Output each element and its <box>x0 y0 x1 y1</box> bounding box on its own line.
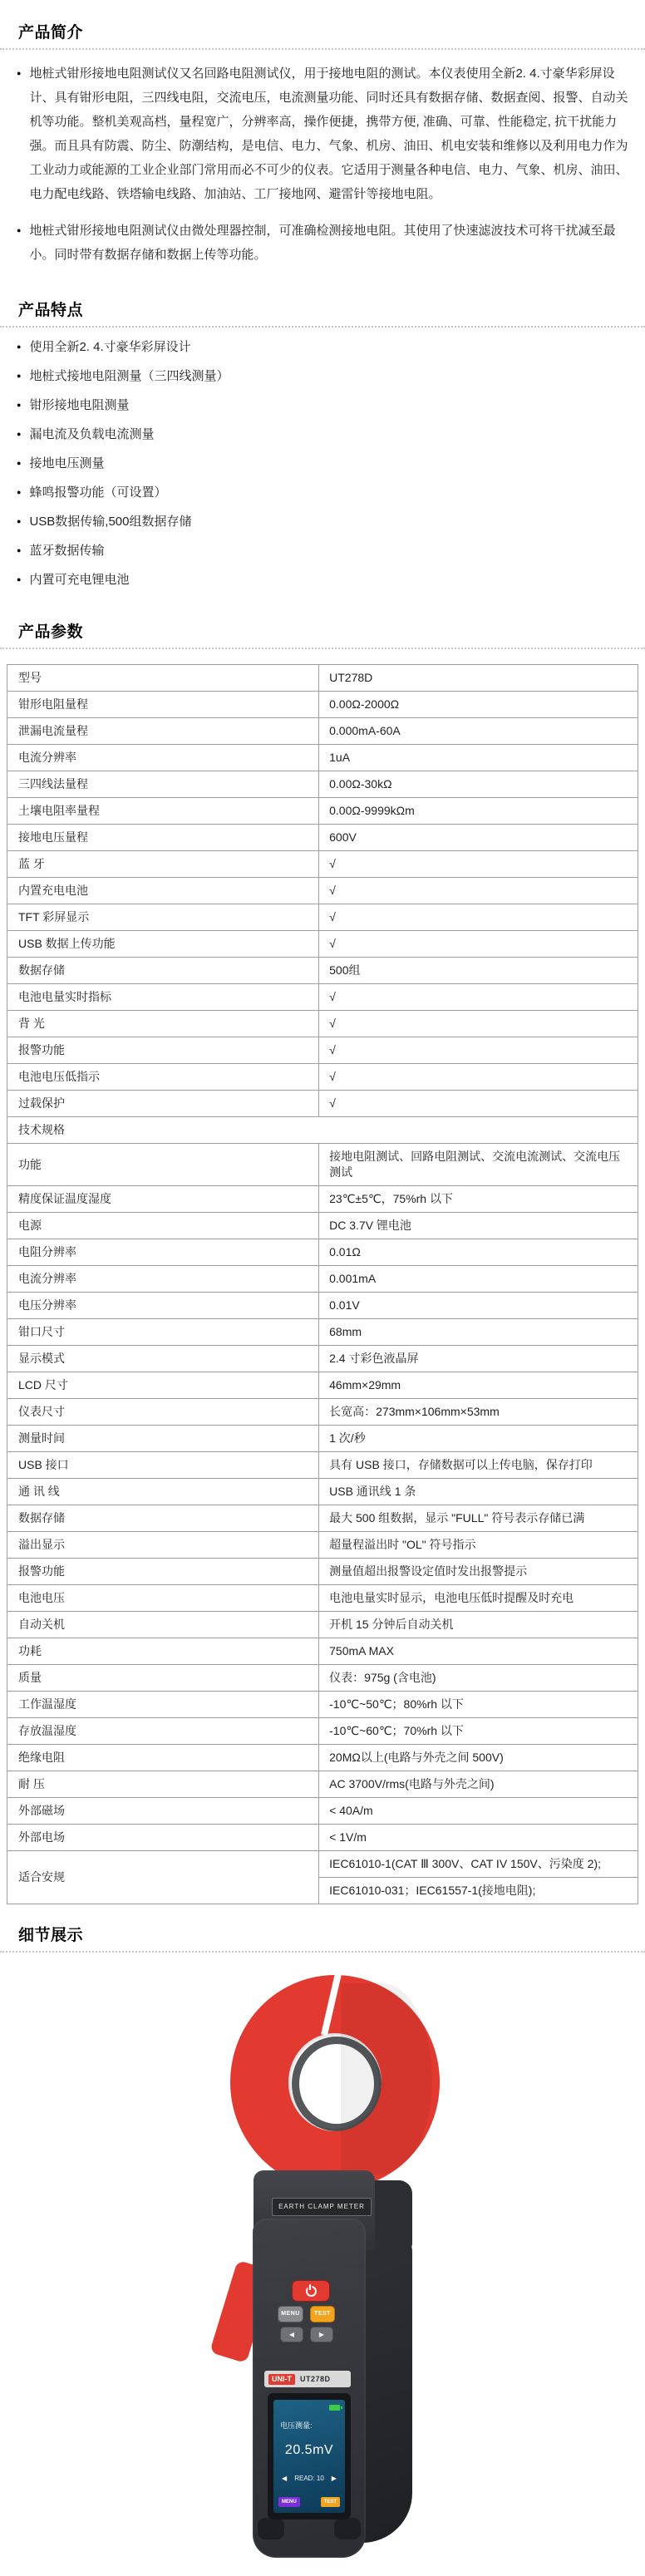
spec-label: 测量时间 <box>7 1426 319 1452</box>
table-row: 功能接地电阻测试、回路电阻测试、交流电流测试、交流电压测试 <box>7 1144 638 1186</box>
feature-item: ●接地电压测量 <box>17 456 630 471</box>
feature-item: ●USB数据传输,500组数据存储 <box>17 514 630 529</box>
spec-value: 1 次/秒 <box>319 1426 638 1452</box>
screen-mode-label: 电压测量: <box>280 2420 313 2431</box>
spec-value: -10℃~60℃；70%rh 以下 <box>319 1718 638 1745</box>
table-row: 数据存储最大 500 组数据，显示 "FULL" 符号表示存储已满 <box>7 1505 638 1532</box>
battery-icon <box>329 2405 340 2411</box>
table-row: 型号UT278D <box>7 665 638 692</box>
spec-value: IEC61010-031；IEC61557-1(接地电阻); <box>319 1878 638 1904</box>
model-label: UT278D <box>300 2375 331 2383</box>
screen-reading: 20.5mV <box>273 2443 345 2458</box>
bullet-icon: ● <box>17 426 21 442</box>
spec-value: √ <box>319 984 638 1011</box>
spec-label: 溢出显示 <box>7 1532 319 1559</box>
table-row: 外部磁场< 40A/m <box>7 1798 638 1825</box>
bullet-icon: ● <box>17 456 21 471</box>
spec-value: 23℃±5℃，75%rh 以下 <box>319 1186 638 1213</box>
spec-value: √ <box>319 1011 638 1037</box>
spec-label: 电源 <box>7 1213 319 1239</box>
device-plate-label: EARTH CLAMP METER <box>272 2198 372 2216</box>
table-row: USB 数据上传功能√ <box>7 931 638 958</box>
spec-table: 型号UT278D钳形电阻量程0.00Ω-2000Ω泄漏电流量程0.000mA-6… <box>7 664 638 1904</box>
table-row: 显示模式2.4 寸彩色液晶屏 <box>7 1346 638 1372</box>
spec-value: 0.00Ω-2000Ω <box>319 692 638 718</box>
spec-label: 质量 <box>7 1665 319 1692</box>
spec-label: USB 接口 <box>7 1452 319 1479</box>
device-foot-right <box>334 2518 361 2539</box>
spec-value: < 1V/m <box>319 1825 638 1851</box>
feature-item: ●蜂鸣报警功能（可设置） <box>17 485 630 500</box>
screen-menu-chip: MENU <box>278 2497 300 2507</box>
spec-label: 电流分辨率 <box>7 745 319 771</box>
table-row: 存放温湿度-10℃~60℃；70%rh 以下 <box>7 1718 638 1745</box>
spec-label: USB 数据上传功能 <box>7 931 319 958</box>
table-row: 通 讯 线USB 通讯线 1 条 <box>7 1479 638 1505</box>
spec-value: √ <box>319 1091 638 1117</box>
spec-value: 测量值超出报警设定值时发出报警提示 <box>319 1559 638 1585</box>
bullet-text: 地桩式钳形接地电阻测试仪又名回路电阻测试仪，用于接地电阻的测试。本仪表使用全新2… <box>29 62 630 206</box>
spec-label: 外部电场 <box>7 1825 319 1851</box>
section-features: 产品特点 ●使用全新2. 4.寸豪华彩屏设计●地桩式接地电阻测量（三四线测量）●… <box>0 279 645 588</box>
spec-value: √ <box>319 904 638 931</box>
spec-value: 具有 USB 接口，存储数据可以上传电脑，保存打印 <box>319 1452 638 1479</box>
spec-label: 绝缘电阻 <box>7 1745 319 1771</box>
table-row: 电流分辨率1uA <box>7 745 638 771</box>
intro-list: ●地桩式钳形接地电阻测试仪又名回路电阻测试仪，用于接地电阻的测试。本仪表使用全新… <box>0 62 645 267</box>
features-title: 产品特点 <box>0 279 645 326</box>
spec-value: AC 3700V/rms(电路与外壳之间) <box>319 1771 638 1798</box>
table-row: 自动关机开机 15 分钟后自动关机 <box>7 1612 638 1638</box>
bullet-text: 地桩式钳形接地电阻测试仪由微处理器控制，可准确检测接地电阻。其使用了快速滤波技术… <box>29 219 630 267</box>
spec-label: 工作温湿度 <box>7 1692 319 1718</box>
spec-value: DC 3.7V 锂电池 <box>319 1213 638 1239</box>
menu-button: MENU <box>278 2306 303 2322</box>
spec-value: 0.00Ω-30kΩ <box>319 771 638 798</box>
table-row: 内置充电电池√ <box>7 878 638 904</box>
feature-item: ●内置可充电锂电池 <box>17 572 630 588</box>
table-row: 外部电场< 1V/m <box>7 1825 638 1851</box>
spec-label: 电池电量实时指标 <box>7 984 319 1011</box>
bullet-text: 使用全新2. 4.寸豪华彩屏设计 <box>29 339 190 355</box>
table-row: 电池电量实时指标√ <box>7 984 638 1011</box>
intro-bullet: ●地桩式钳形接地电阻测试仪又名回路电阻测试仪，用于接地电阻的测试。本仪表使用全新… <box>17 62 630 206</box>
spec-label: 蓝 牙 <box>7 851 319 878</box>
spec-label: 功能 <box>7 1144 319 1186</box>
spec-label: 电流分辨率 <box>7 1266 319 1293</box>
section-details: 细节展示 EARTH CLAMP METER MENU TEST ◀ ▶ UNI… <box>0 1904 645 2576</box>
spec-label: 耐 压 <box>7 1771 319 1798</box>
table-row: 报警功能√ <box>7 1037 638 1064</box>
spec-label: LCD 尺寸 <box>7 1372 319 1399</box>
feature-item: ●漏电流及负载电流测量 <box>17 426 630 442</box>
table-row: USB 接口具有 USB 接口，存储数据可以上传电脑，保存打印 <box>7 1452 638 1479</box>
bullet-icon: ● <box>17 543 21 559</box>
table-row: LCD 尺寸46mm×29mm <box>7 1372 638 1399</box>
bullet-icon: ● <box>17 514 21 529</box>
spec-label: 电压分辨率 <box>7 1293 319 1319</box>
spec-label: 通 讯 线 <box>7 1479 319 1505</box>
bullet-icon: ● <box>17 62 21 86</box>
feature-item: ●钳形接地电阻测量 <box>17 397 630 413</box>
bullet-icon: ● <box>17 219 21 243</box>
spec-label: 内置充电电池 <box>7 878 319 904</box>
spec-value: 开机 15 分钟后自动关机 <box>319 1612 638 1638</box>
bullet-text: 蜂鸣报警功能（可设置） <box>29 485 166 500</box>
device-foot-left <box>258 2518 284 2539</box>
spec-label: 适合安规 <box>7 1851 319 1904</box>
spec-value: 600V <box>319 825 638 851</box>
dotted-divider <box>0 648 645 649</box>
table-row: 耐 压AC 3700V/rms(电路与外壳之间) <box>7 1771 638 1798</box>
screen-read-row: ◀ READ: 10 ▶ <box>273 2475 345 2482</box>
table-row: 仪表尺寸长宽高：273mm×106mm×53mm <box>7 1399 638 1426</box>
bullet-text: 蓝牙数据传输 <box>29 543 104 559</box>
spec-label: 电池电压低指示 <box>7 1064 319 1091</box>
spec-label: 电阻分辨率 <box>7 1239 319 1266</box>
spec-value: 0.00Ω-9999kΩm <box>319 798 638 825</box>
spec-label: 报警功能 <box>7 1037 319 1064</box>
intro-bullet: ●地桩式钳形接地电阻测试仪由微处理器控制，可准确检测接地电阻。其使用了快速滤波技… <box>17 219 630 267</box>
table-row: 技术规格 <box>7 1117 638 1144</box>
brand-logo: UNI-T <box>268 2374 295 2385</box>
table-row: 过载保护√ <box>7 1091 638 1117</box>
table-row: 钳口尺寸68mm <box>7 1319 638 1346</box>
table-row: 泄漏电流量程0.000mA-60A <box>7 718 638 745</box>
table-row: 工作温湿度-10℃~50℃；80%rh 以下 <box>7 1692 638 1718</box>
table-row: 三四线法量程0.00Ω-30kΩ <box>7 771 638 798</box>
product-page: 产品简介 ●地桩式钳形接地电阻测试仪又名回路电阻测试仪，用于接地电阻的测试。本仪… <box>0 0 645 2576</box>
spec-value: 500组 <box>319 958 638 984</box>
spec-value: √ <box>319 1064 638 1091</box>
spec-label: 土壤电阻率量程 <box>7 798 319 825</box>
spec-value: USB 通讯线 1 条 <box>319 1479 638 1505</box>
spec-label: 自动关机 <box>7 1612 319 1638</box>
bullet-text: 漏电流及负载电流测量 <box>29 426 154 442</box>
table-row: 接地电压量程600V <box>7 825 638 851</box>
table-row: 背 光√ <box>7 1011 638 1037</box>
table-row: 绝缘电阻20MΩ以上(电路与外壳之间 500V) <box>7 1745 638 1771</box>
spec-label: 精度保证温度湿度 <box>7 1186 319 1213</box>
spec-value: 最大 500 组数据，显示 "FULL" 符号表示存储已满 <box>319 1505 638 1532</box>
table-row: 适合安规IEC61010-1(CAT Ⅲ 300V、CAT IV 150V、污染… <box>7 1851 638 1878</box>
bullet-text: 接地电压测量 <box>29 456 104 471</box>
feature-item: ●地桩式接地电阻测量（三四线测量） <box>17 368 630 384</box>
product-photo: EARTH CLAMP METER MENU TEST ◀ ▶ UNI-T UT… <box>131 1971 514 2564</box>
screen-test-chip: TEST <box>321 2497 340 2507</box>
power-button <box>292 2280 330 2302</box>
spec-value: 0.01Ω <box>319 1239 638 1266</box>
spec-value: √ <box>319 851 638 878</box>
spec-label: 外部磁场 <box>7 1798 319 1825</box>
spec-label: 显示模式 <box>7 1346 319 1372</box>
spec-value: 46mm×29mm <box>319 1372 638 1399</box>
intro-title: 产品简介 <box>0 0 645 48</box>
table-row: 测量时间1 次/秒 <box>7 1426 638 1452</box>
spec-label: 型号 <box>7 665 319 692</box>
table-row: 蓝 牙√ <box>7 851 638 878</box>
test-button: TEST <box>310 2306 335 2322</box>
spec-value: < 40A/m <box>319 1798 638 1825</box>
device-screen: 电压测量: 20.5mV ◀ READ: 10 ▶ MENU TEST <box>273 2400 345 2513</box>
spec-label: TFT 彩屏显示 <box>7 904 319 931</box>
bottom-spacer <box>0 2564 645 2576</box>
dotted-divider <box>0 326 645 328</box>
table-row: 土壤电阻率量程0.00Ω-9999kΩm <box>7 798 638 825</box>
bullet-text: 内置可充电锂电池 <box>29 572 129 588</box>
feature-item: ●蓝牙数据传输 <box>17 543 630 559</box>
spec-label: 过载保护 <box>7 1091 319 1117</box>
bullet-icon: ● <box>17 339 21 355</box>
table-row: 溢出显示超量程溢出时 "OL" 符号指示 <box>7 1532 638 1559</box>
screen-read-label: READ: 10 <box>294 2475 324 2482</box>
table-row: 电池电压电池电量实时显示，电池电压低时提醒及时充电 <box>7 1585 638 1612</box>
spec-label: 报警功能 <box>7 1559 319 1585</box>
table-row: 质量仪表：975g (含电池) <box>7 1665 638 1692</box>
spec-value: IEC61010-1(CAT Ⅲ 300V、CAT IV 150V、污染度 2)… <box>319 1851 638 1878</box>
table-row: 数据存储500组 <box>7 958 638 984</box>
spec-value: √ <box>319 878 638 904</box>
spec-section-label: 技术规格 <box>7 1117 638 1144</box>
spec-label: 数据存储 <box>7 958 319 984</box>
power-icon <box>306 2286 317 2297</box>
spec-label: 背 光 <box>7 1011 319 1037</box>
spec-value: 0.01V <box>319 1293 638 1319</box>
dotted-divider <box>0 48 645 50</box>
spec-value: √ <box>319 1037 638 1064</box>
spec-label: 存放温湿度 <box>7 1718 319 1745</box>
brand-strip: UNI-T UT278D <box>264 2371 351 2387</box>
spec-label: 功耗 <box>7 1638 319 1665</box>
spec-value: 750mA MAX <box>319 1638 638 1665</box>
table-row: 电阻分辨率0.01Ω <box>7 1239 638 1266</box>
table-row: 报警功能测量值超出报警设定值时发出报警提示 <box>7 1559 638 1585</box>
spec-value: 1uA <box>319 745 638 771</box>
spec-label: 钳口尺寸 <box>7 1319 319 1346</box>
table-row: 钳形电阻量程0.00Ω-2000Ω <box>7 692 638 718</box>
right-arrow-button: ▶ <box>310 2327 333 2342</box>
spec-value: 长宽高：273mm×106mm×53mm <box>319 1399 638 1426</box>
bullet-text: 钳形接地电阻测量 <box>29 397 129 413</box>
dotted-divider <box>0 1951 645 1953</box>
spec-value: 0.000mA-60A <box>319 718 638 745</box>
spec-value: 电池电量实时显示，电池电压低时提醒及时充电 <box>319 1585 638 1612</box>
bullet-icon: ● <box>17 368 21 384</box>
section-intro: 产品简介 ●地桩式钳形接地电阻测试仪又名回路电阻测试仪，用于接地电阻的测试。本仪… <box>0 0 645 267</box>
screen-right-arrow-icon: ▶ <box>332 2475 337 2482</box>
details-title: 细节展示 <box>0 1904 645 1951</box>
spec-label: 仪表尺寸 <box>7 1399 319 1426</box>
features-list: ●使用全新2. 4.寸豪华彩屏设计●地桩式接地电阻测量（三四线测量）●钳形接地电… <box>0 339 645 588</box>
spec-label: 泄漏电流量程 <box>7 718 319 745</box>
bullet-icon: ● <box>17 485 21 500</box>
feature-item: ●使用全新2. 4.寸豪华彩屏设计 <box>17 339 630 355</box>
spec-value: 0.001mA <box>319 1266 638 1293</box>
spec-value: 超量程溢出时 "OL" 符号指示 <box>319 1532 638 1559</box>
spec-value: 仪表：975g (含电池) <box>319 1665 638 1692</box>
table-row: TFT 彩屏显示√ <box>7 904 638 931</box>
bullet-icon: ● <box>17 397 21 413</box>
table-row: 电池电压低指示√ <box>7 1064 638 1091</box>
spec-value: 20MΩ以上(电路与外壳之间 500V) <box>319 1745 638 1771</box>
spec-value: UT278D <box>319 665 638 692</box>
bullet-icon: ● <box>17 572 21 588</box>
screen-left-arrow-icon: ◀ <box>282 2475 287 2482</box>
params-title: 产品参数 <box>0 601 645 648</box>
section-params: 产品参数 型号UT278D钳形电阻量程0.00Ω-2000Ω泄漏电流量程0.00… <box>0 601 645 1904</box>
spec-value: -10℃~50℃；80%rh 以下 <box>319 1692 638 1718</box>
spec-label: 三四线法量程 <box>7 771 319 798</box>
spec-label: 钳形电阻量程 <box>7 692 319 718</box>
left-arrow-button: ◀ <box>280 2327 303 2342</box>
table-row: 电源DC 3.7V 锂电池 <box>7 1213 638 1239</box>
table-row: 电流分辨率0.001mA <box>7 1266 638 1293</box>
table-row: 功耗750mA MAX <box>7 1638 638 1665</box>
spec-label: 数据存储 <box>7 1505 319 1532</box>
spec-value: 2.4 寸彩色液晶屏 <box>319 1346 638 1372</box>
spec-label: 电池电压 <box>7 1585 319 1612</box>
spec-value: 接地电阻测试、回路电阻测试、交流电流测试、交流电压测试 <box>319 1144 638 1186</box>
spec-value: 68mm <box>319 1319 638 1346</box>
spec-value: √ <box>319 931 638 958</box>
table-row: 精度保证温度湿度23℃±5℃，75%rh 以下 <box>7 1186 638 1213</box>
table-row: 电压分辨率0.01V <box>7 1293 638 1319</box>
bullet-text: USB数据传输,500组数据存储 <box>29 514 191 529</box>
spec-label: 接地电压量程 <box>7 825 319 851</box>
bullet-text: 地桩式接地电阻测量（三四线测量） <box>29 368 229 384</box>
